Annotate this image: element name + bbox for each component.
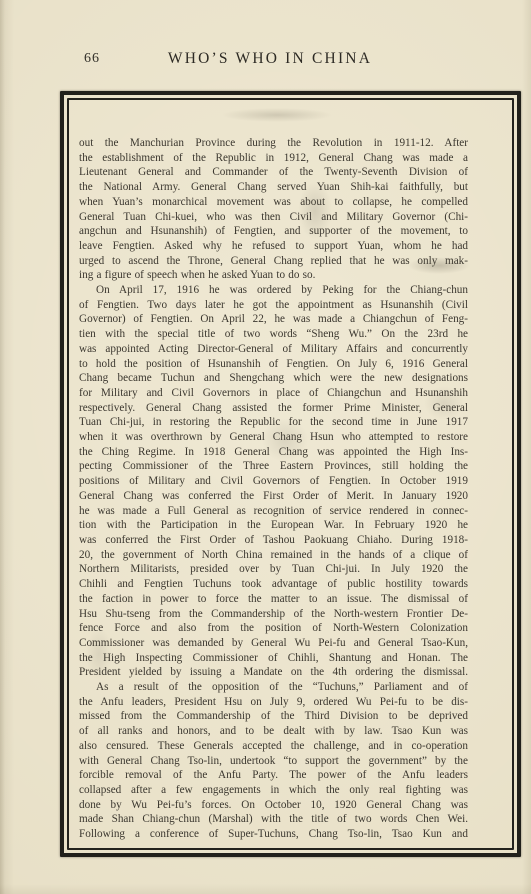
page-header-title: WHO’S WHO IN CHINA <box>40 50 500 68</box>
text-line: Hsu Shu-tseng from the Commandership of … <box>79 607 468 622</box>
text-line: also censured. These Generals accepted t… <box>79 739 468 754</box>
text-line: fence Force and also from the position o… <box>79 621 468 636</box>
paragraph: On April 17, 1916 he was ordered by Peki… <box>79 283 468 680</box>
text-line: tion with the Participation in the Europ… <box>79 518 468 533</box>
text-line: 20, the government of North China remain… <box>79 548 468 563</box>
text-line: Tuan Chi-jui, in restoring the Republic … <box>79 415 468 430</box>
text-line: Following a conference of Super-Tuchuns,… <box>79 827 468 842</box>
text-line: Chihli and Fengtien Tuchuns took advanta… <box>79 577 468 592</box>
text-line: President yielded by issuing a Mandate o… <box>79 665 468 680</box>
text-line: positions of Military and Civil Governor… <box>79 474 468 489</box>
text-line: respectively. General Chang assisted the… <box>79 401 468 416</box>
text-line: the Anfu leaders, President Hsu on July … <box>79 695 468 710</box>
text-line: the establishment of the Republic in 191… <box>79 151 468 166</box>
text-line: As a result of the opposition of the “Tu… <box>79 680 468 695</box>
text-line: with General Chang Tso-lin, undertook “t… <box>79 754 468 769</box>
text-line: done by Wu Pei-fu’s forces. On October 1… <box>79 798 468 813</box>
text-line: ing a figure of speech when he asked Yua… <box>79 268 468 283</box>
text-line: leave Fengtien. Asked why he refused to … <box>79 239 468 254</box>
text-line: the High Inspecting Commissioner of Chih… <box>79 651 468 666</box>
text-line: On April 17, 1916 he was ordered by Peki… <box>79 283 468 298</box>
text-line: when Yuan’s monarchical movement was abo… <box>79 195 468 210</box>
text-line: Northern Militarists, presided over by T… <box>79 562 468 577</box>
text-block: out the Manchurian Province during the R… <box>79 136 468 842</box>
text-line: the National Army. General Chang served … <box>79 180 468 195</box>
paragraph: As a result of the opposition of the “Tu… <box>79 680 468 842</box>
text-line: when it was overthrown by General Chang … <box>79 430 468 445</box>
text-line: was appointed Acting Director-General of… <box>79 342 468 357</box>
text-line: to hold the position of Hsunanshih of Fe… <box>79 357 468 372</box>
text-line: the faction in power to force the matter… <box>79 592 468 607</box>
text-line: collapsed after a few engagements in whi… <box>79 783 468 798</box>
text-line: of all ranks and honors, and to be dealt… <box>79 724 468 739</box>
text-line: forcible removal of the Anfu Party. The … <box>79 768 468 783</box>
text-line: he was made a Full General as recognitio… <box>79 504 468 519</box>
text-line: was conferred the First Order of Tashou … <box>79 533 468 548</box>
text-line: Lieutenant General and Commander of the … <box>79 165 468 180</box>
text-line: angchun and Hsunanshih) of Fengtien, and… <box>79 224 468 239</box>
text-line: Chang became Tuchun and Shengchang which… <box>79 371 468 386</box>
text-line: of Fengtien. Two days later he got the a… <box>79 298 468 313</box>
text-line: out the Manchurian Province during the R… <box>79 136 468 151</box>
paragraph: out the Manchurian Province during the R… <box>79 136 468 283</box>
text-line: urged to ascend the Throne, General Chan… <box>79 254 468 269</box>
text-line: pecting Commissioner of the Three Easter… <box>79 459 468 474</box>
text-line: the Ching Regime. In 1918 General Chang … <box>79 445 468 460</box>
text-line: made Shan Chiang-chun (Marshal) with the… <box>79 812 468 827</box>
text-line: General Tuan Chi-kuei, who was then Civi… <box>79 210 468 225</box>
text-line: Commissioner was demanded by General Wu … <box>79 636 468 651</box>
text-line: General Chang was conferred the First Or… <box>79 489 468 504</box>
book-page: 66 WHO’S WHO IN CHINA out the Manchurian… <box>0 0 531 894</box>
text-line: for Military and Civil Governors in plac… <box>79 386 468 401</box>
text-line: Governor) of Fengtien. On April 22, he w… <box>79 312 468 327</box>
text-line: tien with the special title of two words… <box>79 327 468 342</box>
text-line: missed from the Commandership of the Thi… <box>79 709 468 724</box>
